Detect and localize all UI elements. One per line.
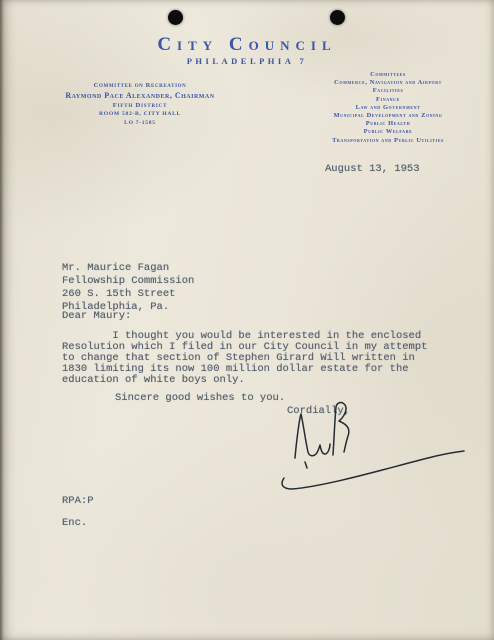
punch-hole xyxy=(330,10,345,25)
committee-item: Public Health xyxy=(288,120,488,128)
scanned-letter: City Council PHILADELPHIA 7 Committee on… xyxy=(0,0,494,640)
salutation: Dear Maury: xyxy=(62,311,131,322)
recipient-org: Fellowship Commission xyxy=(62,275,194,287)
committee-item: Finance xyxy=(288,96,488,104)
committee-item: Commerce, Navigation and Airport xyxy=(288,79,488,87)
letter-body: I thought you would be interested in the… xyxy=(62,331,427,386)
reference-initials: RPA:P xyxy=(62,496,94,507)
org-city-line: PHILADELPHIA 7 xyxy=(0,56,494,66)
letterhead-committees-list: Committees Commerce, Navigation and Airp… xyxy=(288,71,488,145)
letter-date: August 13, 1953 xyxy=(325,164,420,175)
letterhead-committee-block: Committee on Recreation Raymond Pace Ale… xyxy=(40,81,240,127)
well-wishes-line: Sincere good wishes to you. xyxy=(115,393,285,404)
office-room: ROOM 582-B, CITY HALL xyxy=(40,110,240,119)
committee-item: Municipal Development and Zoning xyxy=(288,112,488,120)
recipient-address: Mr. Maurice Fagan Fellowship Commission … xyxy=(62,262,194,314)
enclosure-note: Enc. xyxy=(62,518,87,529)
committees-heading: Committees xyxy=(288,71,488,79)
chairman-name: Raymond Pace Alexander, Chairman xyxy=(40,91,240,101)
recipient-street: 260 S. 15th Street xyxy=(62,288,175,300)
committee-item: Facilities xyxy=(288,87,488,95)
punch-hole xyxy=(168,10,183,25)
committee-item: Law and Government xyxy=(288,104,488,112)
recipient-name: Mr. Maurice Fagan xyxy=(62,262,169,274)
office-phone: LO 7-1585 xyxy=(40,119,240,128)
committee-item: Transportation and Public Utilities xyxy=(288,137,488,145)
committee-name: Committee on Recreation xyxy=(40,81,240,91)
signature xyxy=(268,396,480,496)
org-title: City Council xyxy=(0,34,494,56)
committee-item: Public Welfare xyxy=(288,128,488,136)
district: Fifth District xyxy=(40,101,240,110)
